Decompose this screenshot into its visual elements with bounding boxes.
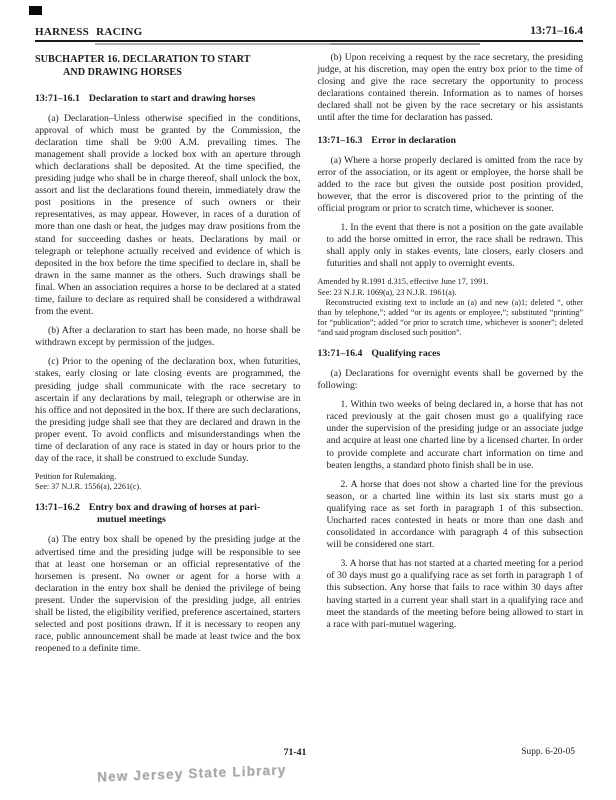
subchapter-line1: SUBCHAPTER 16. DECLARATION TO START [35,54,250,65]
paragraph-16-1-c: (c) Prior to the opening of the declarat… [35,356,301,465]
section-title: Qualifying races [371,348,440,359]
paragraph-16-4-a2: 2. A horse that does not show a charted … [327,479,584,552]
paragraph-16-2-b: (b) Upon receiving a request by the race… [318,52,584,125]
section-heading-16-3: 13:71–16.3Error in declaration [318,135,584,147]
section-heading-16-1: 13:71–16.1Declaration to start and drawi… [35,93,301,105]
publication-title: HARNESS RACING [35,26,143,38]
section-heading-16-2: 13:71–16.2Entry box and drawing of horse… [35,502,301,526]
paragraph-16-4-a: (a) Declarations for overnight events sh… [318,368,584,392]
library-stamp: New Jersey State Library [97,762,286,784]
left-column: SUBCHAPTER 16. DECLARATION TO START AND … [35,52,301,662]
paragraph-16-4-a3: 3. A horse that has not started at a cha… [327,558,584,631]
supplement-date: Supp. 6-20-05 [521,747,575,757]
section-number: 13:71–16.3 [318,135,363,146]
rulemaking-note-line1: Petition for Rulemaking. [35,472,301,482]
section-title: Declaration to start and drawing horses [89,93,255,104]
section-title: Error in declaration [371,135,456,146]
section-number: 13:71–16.1 [35,93,80,104]
page-footer: 71-41 Supp. 6-20-05 [35,747,583,761]
paragraph-16-1-a: (a) Declaration–Unless otherwise specifi… [35,113,301,319]
section-title-line2: mutuel meetings [97,514,166,525]
paragraph-16-4-a1: 1. Within two weeks of being declared in… [327,399,584,472]
section-number: 13:71–16.2 [35,502,80,513]
page-number: 71-41 [35,747,555,758]
paragraph-16-3-a: (a) Where a horse properly declared is o… [318,155,584,215]
paragraph-16-3-a1: 1. In the event that there is not a posi… [327,222,584,270]
paragraph-16-2-a: (a) The entry box shall be opened by the… [35,534,301,655]
header-rule-smudge-dark [330,43,480,45]
section-heading-16-4: 13:71–16.4Qualifying races [318,348,584,360]
section-number: 13:71–16.4 [318,348,363,359]
header-section-ref: 13:71–16.4 [530,25,583,37]
section-title-line1: Entry box and drawing of horses at pari- [89,502,260,513]
subchapter-heading: SUBCHAPTER 16. DECLARATION TO START AND … [35,54,301,80]
history-amended-line: Amended by R.1991 d.315, effective June … [318,277,584,287]
rulemaking-note: Petition for Rulemaking. See: 37 N.J.R. … [35,472,301,492]
document-page: HARNESS RACING 13:71–16.4 SUBCHAPTER 16.… [0,0,616,800]
history-note: Amended by R.1991 d.315, effective June … [318,277,584,338]
text-columns: SUBCHAPTER 16. DECLARATION TO START AND … [35,52,583,662]
right-column: (b) Upon receiving a request by the race… [318,52,584,662]
rulemaking-note-line2: See: 37 N.J.R. 1556(a), 2261(c). [35,482,301,492]
history-see-line: See: 23 N.J.R. 1069(a), 23 N.J.R. 1961(a… [318,288,584,298]
scan-artifact-mark [29,6,42,15]
history-reconstructed-note: Reconstructed existing text to include a… [318,298,584,338]
subchapter-line2: AND DRAWING HORSES [63,67,182,78]
paragraph-16-1-b: (b) After a declaration to start has bee… [35,325,301,349]
